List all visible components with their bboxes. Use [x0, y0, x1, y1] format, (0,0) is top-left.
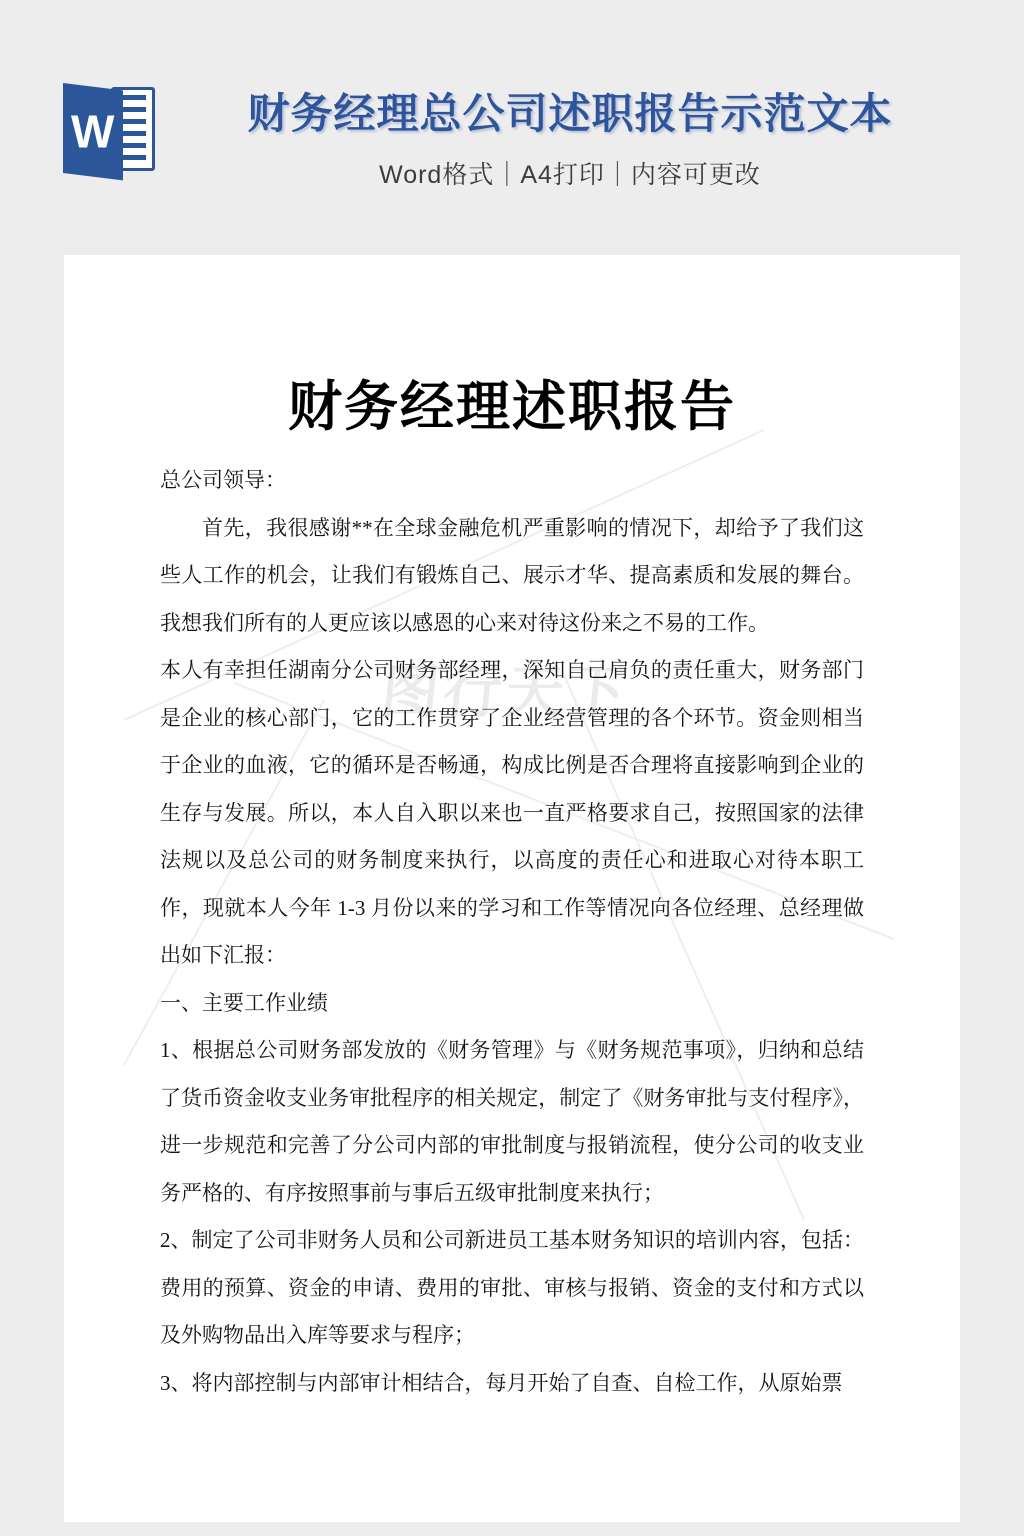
doc-paragraph: 总公司领导：: [160, 457, 864, 505]
doc-paragraph: 2、制定了公司非财务人员和公司新进员工基本财务知识的培训内容，包括：费用的预算、…: [160, 1217, 864, 1360]
template-subtitle: Word格式｜A4打印｜内容可更改: [116, 155, 1024, 191]
header: 财务经理总公司述职报告示范文本 Word格式｜A4打印｜内容可更改: [116, 88, 1024, 191]
doc-paragraph: 1、根据总公司财务部发放的《财务管理》与《财务规范事项》，归纳和总结了货币资金收…: [160, 1027, 864, 1217]
doc-paragraph: 本人有幸担任湖南分公司财务部经理，深知自己肩负的责任重大，财务部门是企业的核心部…: [160, 647, 864, 980]
document-title: 财务经理述职报告: [64, 255, 960, 434]
word-icon-blue-panel: W: [63, 83, 123, 180]
template-preview-page: W 财务经理总公司述职报告示范文本 Word格式｜A4打印｜内容可更改 图行天下…: [0, 0, 1024, 1536]
template-title: 财务经理总公司述职报告示范文本: [116, 88, 1024, 140]
document-body: 总公司领导：首先，我很感谢**在全球金融危机严重影响的情况下，却给予了我们这些人…: [160, 457, 864, 1407]
word-icon-letter: W: [71, 109, 114, 155]
document-page: 图行天下 财务经理述职报告 总公司领导：首先，我很感谢**在全球金融危机严重影响…: [64, 255, 960, 1522]
doc-paragraph: 首先，我很感谢**在全球金融危机严重影响的情况下，却给予了我们这些人工作的机会，…: [160, 505, 864, 648]
doc-paragraph: 一、主要工作业绩: [160, 980, 864, 1028]
doc-paragraph: 3、将内部控制与内部审计相结合，每月开始了自查、自检工作，从原始票: [160, 1360, 864, 1408]
